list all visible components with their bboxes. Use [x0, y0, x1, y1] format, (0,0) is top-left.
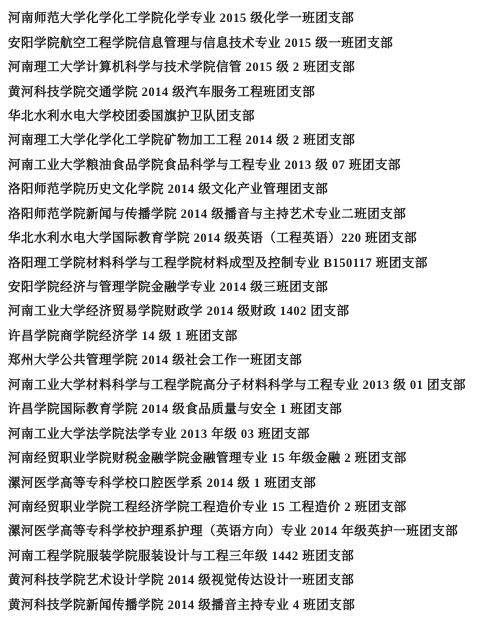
list-item: 许昌学院商学院经济学 14 级 1 班团支部 [8, 323, 494, 347]
list-item: 河南工业大学法学院法学专业 2013 年级 03 班团支部 [8, 420, 494, 444]
list-item: 安阳学院经济与管理学院金融学专业 2014 级三班团支部 [8, 274, 494, 298]
list-item: 华北水利水电大学校团委国旗护卫队团支部 [8, 103, 494, 127]
list-item: 洛阳师范学院新闻与传播学院 2014 级播音与主持艺术专业二班团支部 [8, 201, 494, 225]
list-item: 郑州大学公共管理学院 2014 级社会工作一班团支部 [8, 347, 494, 371]
list-item: 河南工业大学材料科学与工程学院高分子材料科学与工程专业 2013 级 01 团支… [8, 372, 494, 396]
list-item: 洛阳师范学院历史文化学院 2014 级文化产业管理团支部 [8, 176, 494, 200]
list-item: 河南工业大学经济贸易学院财政学 2014 级财政 1402 团支部 [8, 298, 494, 322]
list-item: 河南工业大学粮油食品学院食品科学与工程专业 2013 级 07 班团支部 [8, 152, 494, 176]
list-item: 安阳学院航空工程学院信息管理与信息技术专业 2015 级一班团支部 [8, 29, 494, 53]
league-branch-list: 河南师范大学化学化工学院化学专业 2015 级化学一班团支部 安阳学院航空工程学… [0, 0, 500, 620]
list-item: 漯河医学高等专科学校口腔医学系 2014 级 1 班团支部 [8, 469, 494, 493]
list-item: 华北水利水电大学国际教育学院 2014 级英语（工程英语）220 班团支部 [8, 225, 494, 249]
list-item: 漯河医学高等专科学校护理系护理（英语方向）专业 2014 年级英护一班团支部 [8, 518, 494, 542]
list-item: 黄河科技学院新闻传播学院 2014 级播音主持专业 4 班团支部 [8, 592, 494, 616]
list-item: 洛阳理工学院材料科学与工程学院材料成型及控制专业 B150117 班团支部 [8, 249, 494, 273]
list-item: 河南工程学院服装学院服装设计与工程三年级 1442 班团支部 [8, 543, 494, 567]
list-item: 河南经贸职业学院财税金融学院金融管理专业 15 年级金融 2 班团支部 [8, 445, 494, 469]
list-item: 黄河科技学院交通学院 2014 级汽车服务工程班团支部 [8, 78, 494, 102]
list-item: 河南理工大学化学化工学院矿物加工工程 2014 级 2 班团支部 [8, 127, 494, 151]
list-item: 河南师范大学化学化工学院化学专业 2015 级化学一班团支部 [8, 5, 494, 29]
list-item: 河南理工大学计算机科学与技术学院信管 2015 级 2 班团支部 [8, 54, 494, 78]
list-item: 黄河科技学院艺术设计学院 2014 级视觉传达设计一班团支部 [8, 567, 494, 591]
list-item: 许昌学院国际教育学院 2014 级食品质量与安全 1 班团支部 [8, 396, 494, 420]
list-item: 河南经贸职业学院工程经济学院工程造价专业 15 工程造价 2 班团支部 [8, 494, 494, 518]
